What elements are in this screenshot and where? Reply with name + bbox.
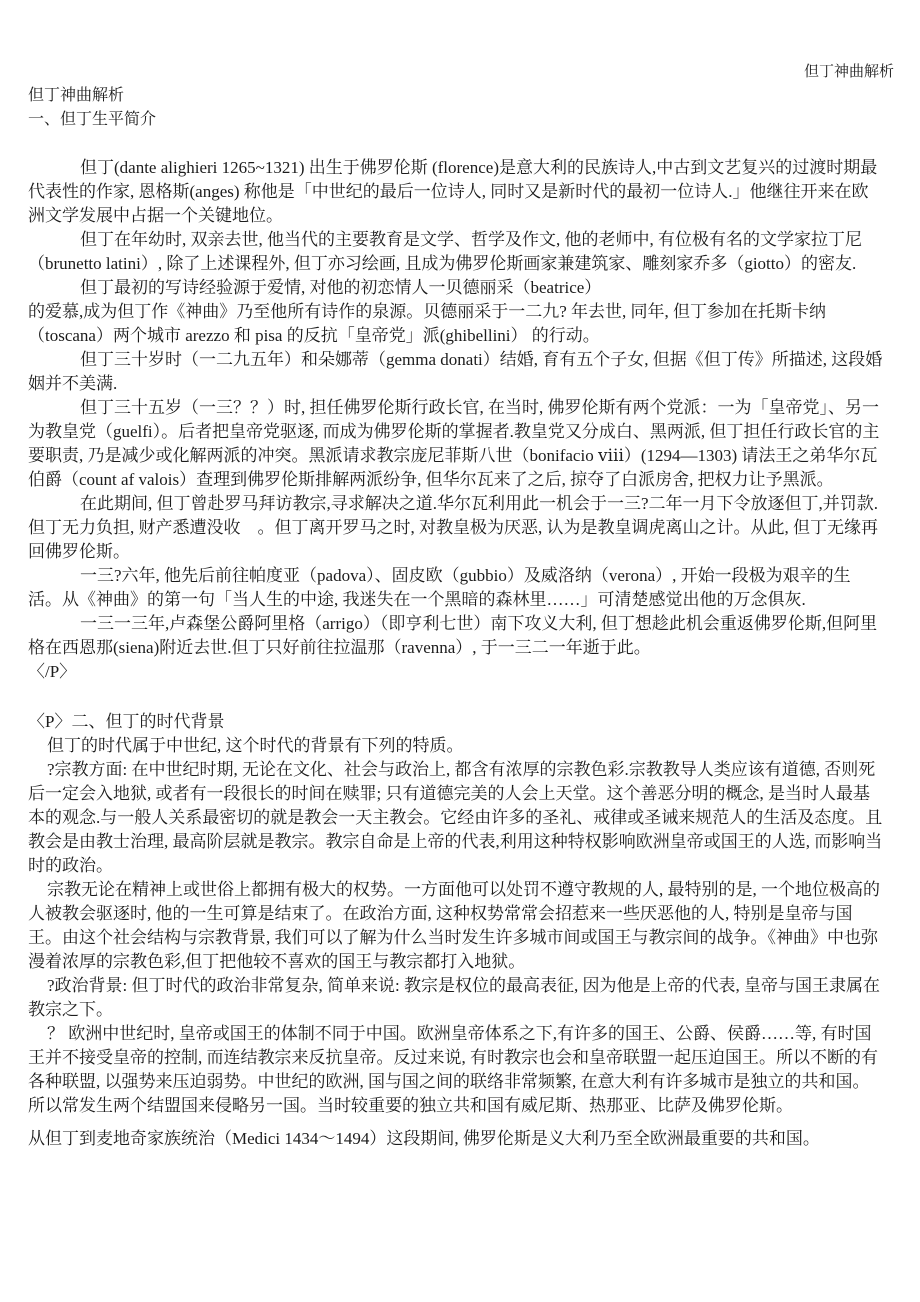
section2-heading: 〈P〉二、但丁的时代背景: [28, 710, 884, 734]
paragraph-death: 一三一三年,卢森堡公爵阿里格（arrigo）（即亨利七世）南下攻义大利, 但丁想…: [28, 612, 884, 660]
document-content: 但丁神曲解析 但丁神曲解析 一、但丁生平简介 但丁(dante alighier…: [0, 0, 884, 1151]
section1-heading: 一、但丁生平简介: [28, 108, 884, 132]
paragraph-exile: 在此期间, 但丁曾赴罗马拜访教宗,寻求解决之道.华尔瓦利用此一机会于一三?二年一…: [28, 492, 884, 564]
paragraph-wandering: 一三?六年, 他先后前往帕度亚（padova）、固皮欧（gubbio）及威洛纳（…: [28, 564, 884, 612]
paragraph-beatrice: 但丁最初的写诗经验源于爱情, 对他的初恋情人一贝德丽采（beatrice） 的爱…: [28, 276, 884, 348]
paragraph-religion-aspect: ?宗教方面: 在中世纪时期, 无论在文化、社会与政治上, 都含有浓厚的宗教色彩.…: [28, 758, 884, 878]
paragraph-dante-intro: 但丁(dante alighieri 1265~1321) 出生于佛罗伦斯 (f…: [28, 156, 884, 228]
paragraph-marriage: 但丁三十岁时（一二九五年）和朵娜蒂（gemma donati）结婚, 育有五个子…: [28, 348, 884, 396]
paragraph-dante-education: 但丁在年幼时, 双亲去世, 他当代的主要教育是文学、哲学及作文, 他的老师中, …: [28, 228, 884, 276]
page-header-title: 但丁神曲解析: [28, 60, 894, 84]
paragraph-era-intro: 但丁的时代属于中世纪, 这个时代的背景有下列的特质。: [28, 734, 884, 758]
closing-p-tag: 〈/P〉: [28, 660, 884, 684]
paragraph-medici: 从但丁到麦地奇家族统治（Medici 1434～1494）这段期间, 佛罗伦斯是…: [28, 1127, 884, 1151]
paragraph-politics-florence: 但丁三十五岁（一三？？）时, 担任佛罗伦斯行政长官, 在当时, 佛罗伦斯有两个党…: [28, 396, 884, 492]
paragraph-religion-power: 宗教无论在精神上或世俗上都拥有极大的权势。一方面他可以处罚不遵守教规的人, 最特…: [28, 878, 884, 974]
doc-title: 但丁神曲解析: [28, 84, 884, 108]
paragraph-europe-medieval: ？ 欧洲中世纪时, 皇帝或国王的体制不同于中国。欧洲皇帝体系之下,有许多的国王、…: [28, 1022, 884, 1118]
paragraph-political-background: ?政治背景: 但丁时代的政治非常复杂, 简单来说: 教宗是权位的最高表征, 因为…: [28, 974, 884, 1022]
document-page: 但丁神曲解析 但丁神曲解析 一、但丁生平简介 但丁(dante alighier…: [0, 0, 920, 1302]
